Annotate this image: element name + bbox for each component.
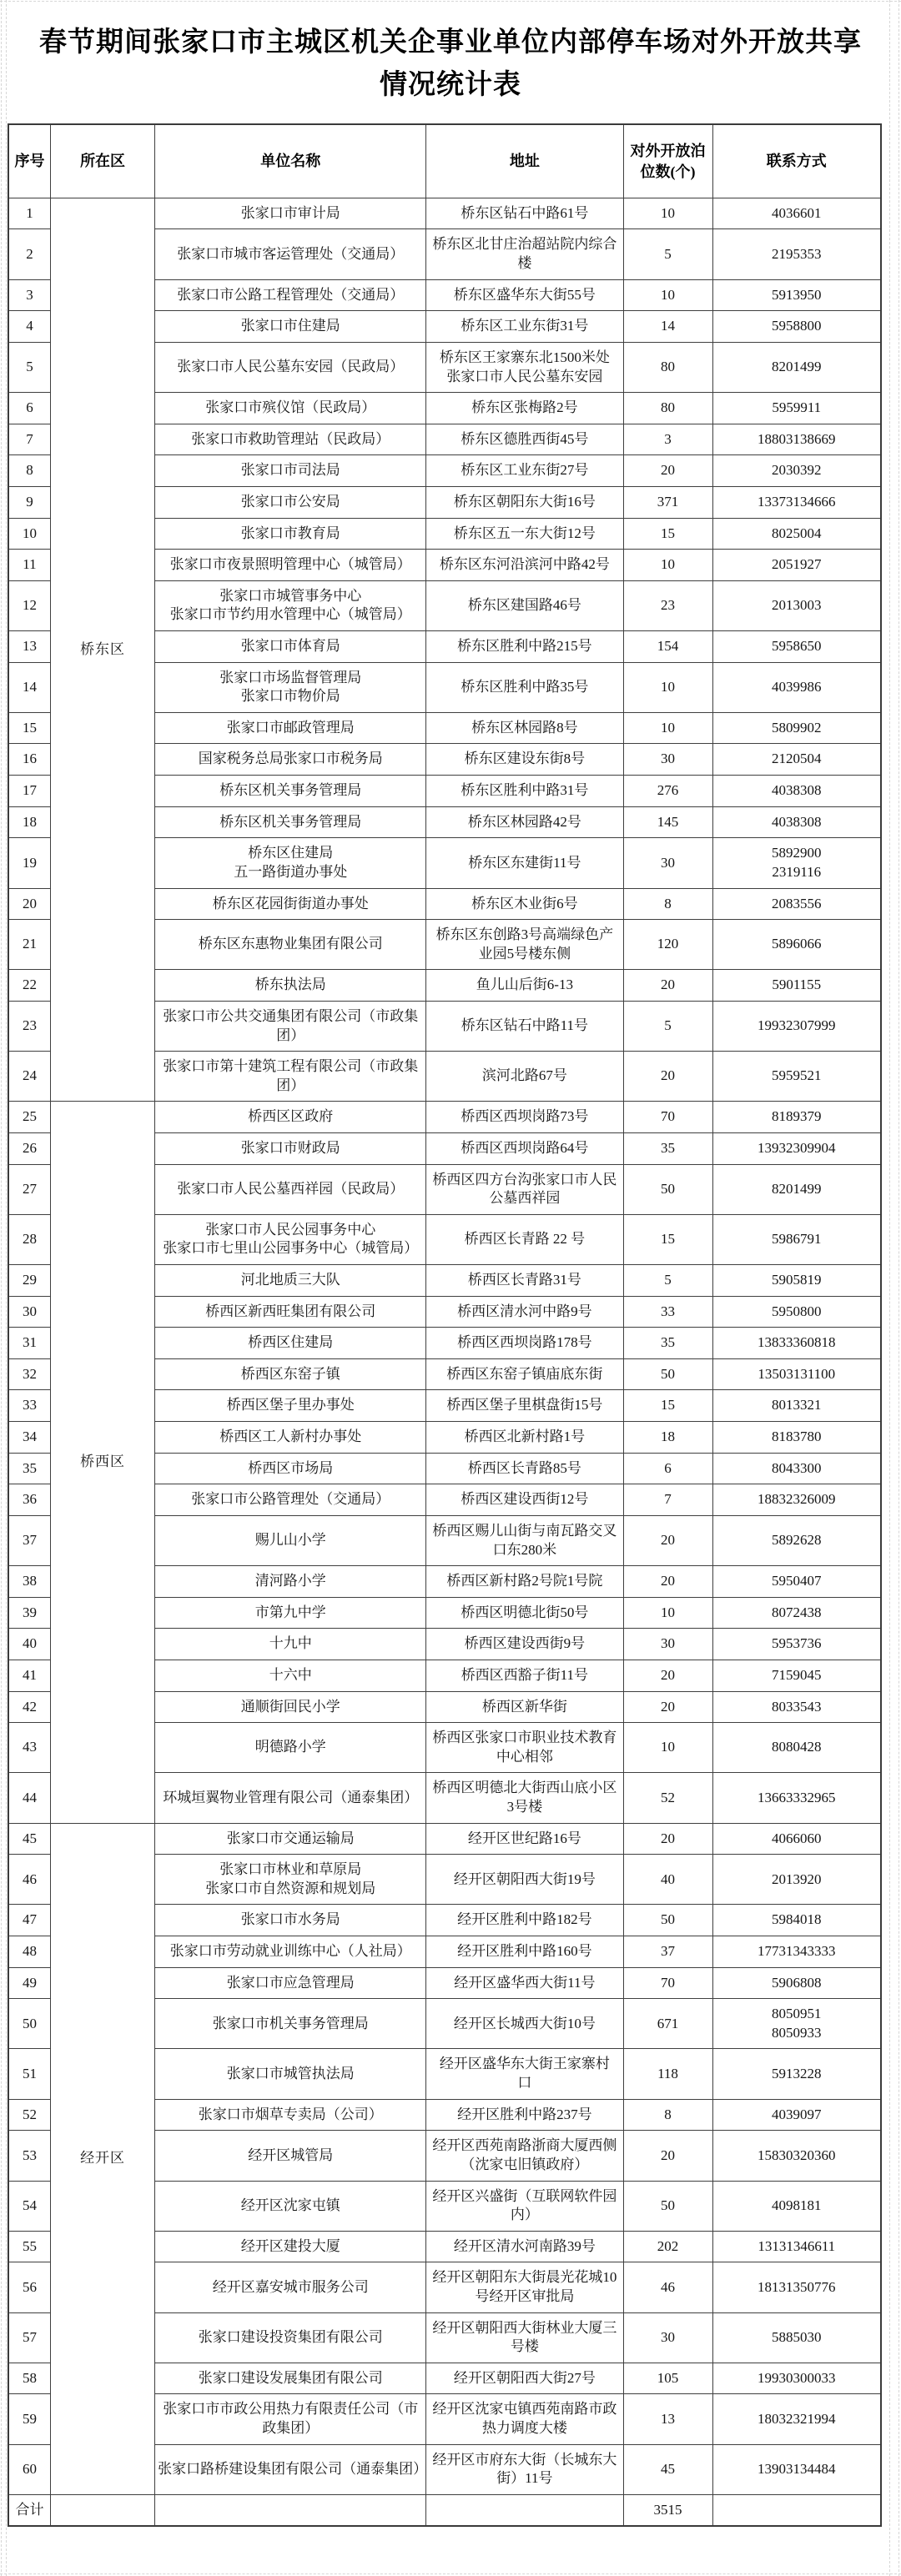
address-cell: 鱼儿山后街6-13 (426, 970, 623, 1002)
open-spots-cell: 50 (623, 2181, 712, 2231)
address-cell: 桥东区木业街6号 (426, 888, 623, 920)
open-spots-cell: 105 (623, 2363, 712, 2394)
address-cell: 桥东区盛华东大街55号 (426, 279, 623, 311)
contact-cell: 4098181 (712, 2181, 881, 2231)
column-header-2: 单位名称 (155, 124, 426, 198)
unit-name-cell: 桥东区机关事务管理局 (155, 776, 426, 807)
row-number-cell: 29 (8, 1265, 50, 1297)
contact-cell: 8080428 (712, 1723, 881, 1773)
address-cell: 经开区朝阳西大街27号 (426, 2363, 623, 2394)
table-row: 45经开区张家口市交通运输局经开区世纪路16号204066060 (8, 1823, 881, 1855)
address-cell: 桥西区长青路85号 (426, 1453, 623, 1484)
row-number-cell: 20 (8, 888, 50, 920)
open-spots-cell: 3 (623, 424, 712, 455)
row-number-cell: 10 (8, 518, 50, 550)
unit-name-cell: 经开区建投大厦 (155, 2231, 426, 2262)
address-cell: 桥东区德胜西街45号 (426, 424, 623, 455)
open-spots-cell: 118 (623, 2049, 712, 2099)
contact-cell: 8201499 (712, 342, 881, 392)
row-number-cell: 60 (8, 2444, 50, 2494)
unit-name-cell: 清河路小学 (155, 1566, 426, 1598)
open-spots-cell: 10 (623, 1597, 712, 1629)
unit-name-cell: 张家口市教育局 (155, 518, 426, 550)
unit-name-cell: 张家口市应急管理局 (155, 1967, 426, 1999)
unit-name-cell: 张家口市公路工程管理处（交通局） (155, 279, 426, 311)
address-cell: 经开区盛华西大街11号 (426, 1967, 623, 1999)
contact-cell: 13503131100 (712, 1358, 881, 1390)
row-number-cell: 51 (8, 2049, 50, 2099)
table-row: 1桥东区张家口市审计局桥东区钻石中路61号104036601 (8, 198, 881, 229)
row-number-cell: 12 (8, 580, 50, 630)
contact-cell: 13131346611 (712, 2231, 881, 2262)
open-spots-cell: 10 (623, 279, 712, 311)
open-spots-cell: 20 (623, 455, 712, 487)
contact-cell: 5885030 (712, 2312, 881, 2363)
row-number-cell: 53 (8, 2131, 50, 2181)
contact-cell: 5959911 (712, 393, 881, 424)
open-spots-cell: 30 (623, 2312, 712, 2363)
row-number-cell: 21 (8, 920, 50, 970)
contact-cell: 8072438 (712, 1597, 881, 1629)
address-cell: 桥东区林园路8号 (426, 712, 623, 744)
contact-cell: 5950800 (712, 1296, 881, 1328)
margin-guide-line (898, 0, 899, 2576)
margin-guide-line (6, 0, 7, 2576)
contact-cell: 4039097 (712, 2099, 881, 2131)
unit-name-cell: 张家口市邮政管理局 (155, 712, 426, 744)
contact-cell: 4066060 (712, 1823, 881, 1855)
contact-cell: 4038308 (712, 806, 881, 838)
row-number-cell: 57 (8, 2312, 50, 2363)
address-cell: 桥东区钻石中路61号 (426, 198, 623, 229)
open-spots-cell: 20 (623, 2131, 712, 2181)
contact-cell: 5959521 (712, 1052, 881, 1102)
row-number-cell: 3 (8, 279, 50, 311)
open-spots-cell: 50 (623, 1358, 712, 1390)
contact-cell: 19932307999 (712, 1001, 881, 1051)
unit-name-cell: 桥西区堡子里办事处 (155, 1390, 426, 1422)
district-cell (50, 2494, 154, 2526)
open-spots-cell: 276 (623, 776, 712, 807)
contact-cell: 5986791 (712, 1214, 881, 1264)
row-number-cell: 24 (8, 1052, 50, 1102)
column-header-3: 地址 (426, 124, 623, 198)
unit-name-cell: 张家口市人民公墓西祥园（民政局） (155, 1164, 426, 1214)
row-number-cell: 23 (8, 1001, 50, 1051)
unit-name-cell: 张家口市劳动就业训练中心（人社局） (155, 1936, 426, 1968)
unit-name-cell: 通顺街回民小学 (155, 1691, 426, 1723)
row-number-cell: 11 (8, 550, 50, 581)
row-number-cell: 1 (8, 198, 50, 229)
address-cell: 桥西区西豁子街11号 (426, 1660, 623, 1691)
open-spots-cell: 145 (623, 806, 712, 838)
contact-cell: 5896066 (712, 920, 881, 970)
row-number-cell: 9 (8, 486, 50, 518)
contact-cell: 2083556 (712, 888, 881, 920)
open-spots-cell: 46 (623, 2262, 712, 2312)
row-number-cell: 47 (8, 1905, 50, 1936)
unit-name-cell: 张家口路桥建设集团有限公司（通泰集团） (155, 2444, 426, 2494)
open-spots-cell: 14 (623, 311, 712, 343)
unit-name-cell: 赐儿山小学 (155, 1515, 426, 1565)
row-number-cell: 34 (8, 1422, 50, 1454)
parking-statistics-table: 序号所在区单位名称地址对外开放泊位数(个)联系方式 1桥东区张家口市审计局桥东区… (8, 123, 882, 2527)
address-cell: 桥西区赐儿山街与南瓦路交叉口东280米 (426, 1515, 623, 1565)
contact-cell: 8025004 (712, 518, 881, 550)
contact-cell (712, 2494, 881, 2526)
row-number-cell: 22 (8, 970, 50, 1002)
address-cell: 桥东区工业东街27号 (426, 455, 623, 487)
address-cell: 桥东区朝阳东大街16号 (426, 486, 623, 518)
address-cell: 桥东区王家寨东北1500米处 张家口市人民公墓东安园 (426, 342, 623, 392)
unit-name-cell: 张家口市体育局 (155, 631, 426, 663)
open-spots-cell: 154 (623, 631, 712, 663)
open-spots-cell: 15 (623, 1214, 712, 1264)
address-cell: 桥西区建设西街12号 (426, 1484, 623, 1516)
open-spots-cell: 80 (623, 342, 712, 392)
row-number-cell: 31 (8, 1328, 50, 1359)
open-spots-cell: 52 (623, 1773, 712, 1823)
row-number-cell: 55 (8, 2231, 50, 2262)
contact-cell: 2051927 (712, 550, 881, 581)
address-cell: 桥西区新村路2号院1号院 (426, 1566, 623, 1598)
row-number-cell: 2 (8, 229, 50, 279)
row-number-cell: 43 (8, 1723, 50, 1773)
unit-name-cell: 十六中 (155, 1660, 426, 1691)
column-header-0: 序号 (8, 124, 50, 198)
row-number-cell: 30 (8, 1296, 50, 1328)
unit-name-cell: 张家口市公安局 (155, 486, 426, 518)
address-cell: 经开区朝阳西大街林业大厦三号楼 (426, 2312, 623, 2363)
contact-cell: 13903134484 (712, 2444, 881, 2494)
unit-name-cell (155, 2494, 426, 2526)
open-spots-cell: 70 (623, 1967, 712, 1999)
contact-cell: 4038308 (712, 776, 881, 807)
table-header-row: 序号所在区单位名称地址对外开放泊位数(个)联系方式 (8, 124, 881, 198)
contact-cell: 2013920 (712, 1855, 881, 1905)
unit-name-cell: 张家口市市政公用热力有限责任公司（市政集团） (155, 2394, 426, 2444)
contact-cell: 5950407 (712, 1566, 881, 1598)
open-spots-cell: 70 (623, 1102, 712, 1133)
open-spots-cell: 20 (623, 1566, 712, 1598)
address-cell: 桥西区新华街 (426, 1691, 623, 1723)
row-number-cell: 44 (8, 1773, 50, 1823)
table-row: 25桥西区桥西区区政府桥西区西坝岗路73号708189379 (8, 1102, 881, 1133)
contact-cell: 8043300 (712, 1453, 881, 1484)
unit-name-cell: 张家口市人民公园事务中心 张家口市七里山公园事务中心（城管局） (155, 1214, 426, 1264)
unit-name-cell: 张家口市审计局 (155, 198, 426, 229)
unit-name-cell: 桥东区花园街街道办事处 (155, 888, 426, 920)
column-header-4: 对外开放泊位数(个) (623, 124, 712, 198)
address-cell: 桥东区张梅路2号 (426, 393, 623, 424)
open-spots-cell: 7 (623, 1484, 712, 1516)
unit-name-cell: 张家口市司法局 (155, 455, 426, 487)
open-spots-cell: 30 (623, 744, 712, 776)
open-spots-cell: 13 (623, 2394, 712, 2444)
row-number-cell: 52 (8, 2099, 50, 2131)
unit-name-cell: 张家口市城管执法局 (155, 2049, 426, 2099)
column-header-1: 所在区 (50, 124, 154, 198)
open-spots-cell: 20 (623, 1052, 712, 1102)
open-spots-cell: 20 (623, 1823, 712, 1855)
address-cell: 桥东区北甘庄治超站院内综合楼 (426, 229, 623, 279)
open-spots-cell: 40 (623, 1855, 712, 1905)
unit-name-cell: 桥东区东惠物业集团有限公司 (155, 920, 426, 970)
address-cell: 桥西区堡子里棋盘街15号 (426, 1390, 623, 1422)
contact-cell: 8013321 (712, 1390, 881, 1422)
address-cell: 桥东区建国路46号 (426, 580, 623, 630)
address-cell: 经开区世纪路16号 (426, 1823, 623, 1855)
unit-name-cell: 张家口市公共交通集团有限公司（市政集团） (155, 1001, 426, 1051)
open-spots-cell: 80 (623, 393, 712, 424)
open-spots-cell: 50 (623, 1905, 712, 1936)
unit-name-cell: 张家口市公路管理处（交通局） (155, 1484, 426, 1516)
open-spots-cell: 10 (623, 550, 712, 581)
contact-cell: 19930300033 (712, 2363, 881, 2394)
contact-cell: 18832326009 (712, 1484, 881, 1516)
address-cell: 桥东区林园路42号 (426, 806, 623, 838)
unit-name-cell: 张家口市机关事务管理局 (155, 1999, 426, 2049)
contact-cell: 8033543 (712, 1691, 881, 1723)
contact-cell: 18131350776 (712, 2262, 881, 2312)
open-spots-cell: 33 (623, 1296, 712, 1328)
row-number-cell: 54 (8, 2181, 50, 2231)
column-header-5: 联系方式 (712, 124, 881, 198)
open-spots-cell: 8 (623, 888, 712, 920)
address-cell: 经开区胜利中路160号 (426, 1936, 623, 1968)
contact-cell: 5913950 (712, 279, 881, 311)
contact-cell: 5892628 (712, 1515, 881, 1565)
unit-name-cell: 张家口市财政局 (155, 1132, 426, 1164)
row-number-cell: 50 (8, 1999, 50, 2049)
unit-name-cell: 桥西区新西旺集团有限公司 (155, 1296, 426, 1328)
row-number-cell: 40 (8, 1629, 50, 1660)
row-number-cell: 8 (8, 455, 50, 487)
open-spots-cell: 5 (623, 229, 712, 279)
open-spots-cell: 671 (623, 1999, 712, 2049)
address-cell: 滨河北路67号 (426, 1052, 623, 1102)
unit-name-cell: 桥西区住建局 (155, 1328, 426, 1359)
row-number-cell: 35 (8, 1453, 50, 1484)
total-label-cell: 合计 (8, 2494, 50, 2526)
address-cell: 经开区市府东大街（长城东大街）11号 (426, 2444, 623, 2494)
row-number-cell: 7 (8, 424, 50, 455)
unit-name-cell: 经开区嘉安城市服务公司 (155, 2262, 426, 2312)
address-cell: 桥西区清水河中路9号 (426, 1296, 623, 1328)
address-cell: 经开区胜利中路237号 (426, 2099, 623, 2131)
address-cell: 经开区清水河南路39号 (426, 2231, 623, 2262)
row-number-cell: 18 (8, 806, 50, 838)
open-spots-cell: 30 (623, 838, 712, 888)
unit-name-cell: 张家口市第十建筑工程有限公司（市政集团） (155, 1052, 426, 1102)
unit-name-cell: 张家口市林业和草原局 张家口市自然资源和规划局 (155, 1855, 426, 1905)
address-cell: 桥东区钻石中路11号 (426, 1001, 623, 1051)
open-spots-cell: 371 (623, 486, 712, 518)
unit-name-cell: 市第九中学 (155, 1597, 426, 1629)
contact-cell: 5953736 (712, 1629, 881, 1660)
row-number-cell: 56 (8, 2262, 50, 2312)
address-cell: 桥东区胜利中路35号 (426, 662, 623, 712)
address-cell: 桥西区明德北街50号 (426, 1597, 623, 1629)
open-spots-cell: 37 (623, 1936, 712, 1968)
contact-cell: 5905819 (712, 1265, 881, 1297)
address-cell: 经开区兴盛街（互联网软件园内） (426, 2181, 623, 2231)
unit-name-cell: 河北地质三大队 (155, 1265, 426, 1297)
unit-name-cell: 经开区城管局 (155, 2131, 426, 2181)
unit-name-cell: 张家口建设投资集团有限公司 (155, 2312, 426, 2363)
row-number-cell: 41 (8, 1660, 50, 1691)
header-row: 序号所在区单位名称地址对外开放泊位数(个)联系方式 (8, 124, 881, 198)
unit-name-cell: 张家口市住建局 (155, 311, 426, 343)
row-number-cell: 19 (8, 838, 50, 888)
row-number-cell: 32 (8, 1358, 50, 1390)
unit-name-cell: 张家口市烟草专卖局（公司） (155, 2099, 426, 2131)
contact-cell: 7159045 (712, 1660, 881, 1691)
district-cell: 桥东区 (50, 198, 154, 1102)
unit-name-cell: 经开区沈家屯镇 (155, 2181, 426, 2231)
address-cell: 桥东区建设东街8号 (426, 744, 623, 776)
contact-cell: 8201499 (712, 1164, 881, 1214)
row-number-cell: 16 (8, 744, 50, 776)
contact-cell: 17731343333 (712, 1936, 881, 1968)
contact-cell: 5906808 (712, 1967, 881, 1999)
row-number-cell: 58 (8, 2363, 50, 2394)
unit-name-cell: 桥东执法局 (155, 970, 426, 1002)
open-spots-cell: 20 (623, 1660, 712, 1691)
contact-cell: 8189379 (712, 1102, 881, 1133)
address-cell: 桥西区建设西街9号 (426, 1629, 623, 1660)
address-cell: 桥东区东创路3号高端绿色产业园5号楼东侧 (426, 920, 623, 970)
address-cell: 桥东区东建街11号 (426, 838, 623, 888)
open-spots-cell: 35 (623, 1132, 712, 1164)
open-spots-cell: 45 (623, 2444, 712, 2494)
open-spots-cell: 15 (623, 1390, 712, 1422)
address-cell: 桥西区明德北大街西山底小区3号楼 (426, 1773, 623, 1823)
open-spots-cell: 15 (623, 518, 712, 550)
contact-cell: 2120504 (712, 744, 881, 776)
margin-guide-line (0, 1, 901, 2)
row-number-cell: 36 (8, 1484, 50, 1516)
address-cell: 桥西区东窑子镇庙底东街 (426, 1358, 623, 1390)
open-spots-cell: 18 (623, 1422, 712, 1454)
open-spots-cell: 202 (623, 2231, 712, 2262)
row-number-cell: 48 (8, 1936, 50, 1968)
address-cell: 桥西区西坝岗路73号 (426, 1102, 623, 1133)
open-spots-cell: 10 (623, 662, 712, 712)
open-spots-cell: 10 (623, 1723, 712, 1773)
address-cell: 桥西区西坝岗路178号 (426, 1328, 623, 1359)
table-body: 1桥东区张家口市审计局桥东区钻石中路61号1040366012张家口市城市客运管… (8, 198, 881, 2526)
open-spots-cell: 50 (623, 1164, 712, 1214)
row-number-cell: 13 (8, 631, 50, 663)
district-cell: 经开区 (50, 1823, 154, 2494)
open-spots-cell: 120 (623, 920, 712, 970)
contact-cell: 4039986 (712, 662, 881, 712)
row-number-cell: 39 (8, 1597, 50, 1629)
contact-cell: 2030392 (712, 455, 881, 487)
unit-name-cell: 张家口市夜景照明管理中心（城管局） (155, 550, 426, 581)
contact-cell: 8183780 (712, 1422, 881, 1454)
row-number-cell: 33 (8, 1390, 50, 1422)
address-cell: 经开区西苑南路浙商大厦西侧（沈家屯旧镇政府） (426, 2131, 623, 2181)
unit-name-cell: 桥西区市场局 (155, 1453, 426, 1484)
address-cell (426, 2494, 623, 2526)
open-spots-cell: 10 (623, 712, 712, 744)
address-cell: 桥东区工业东街31号 (426, 311, 623, 343)
address-cell: 经开区朝阳西大街19号 (426, 1855, 623, 1905)
open-spots-cell: 5 (623, 1001, 712, 1051)
row-number-cell: 59 (8, 2394, 50, 2444)
contact-cell: 5984018 (712, 1905, 881, 1936)
unit-name-cell: 张家口市城市客运管理处（交通局） (155, 229, 426, 279)
unit-name-cell: 张家口市救助管理站（民政局） (155, 424, 426, 455)
open-spots-cell: 5 (623, 1265, 712, 1297)
unit-name-cell: 张家口市人民公墓东安园（民政局） (155, 342, 426, 392)
unit-name-cell: 桥东区住建局 五一路街道办事处 (155, 838, 426, 888)
margin-guide-line (1, 0, 2, 2576)
address-cell: 经开区盛华东大街王家寨村 口 (426, 2049, 623, 2099)
address-cell: 桥东区东河沿滨河中路42号 (426, 550, 623, 581)
page-title: 春节期间张家口市主城区机关企事业单位内部停车场对外开放共享情况统计表 (28, 22, 874, 107)
unit-name-cell: 张家口建设发展集团有限公司 (155, 2363, 426, 2394)
contact-cell: 5892900 2319116 (712, 838, 881, 888)
contact-cell: 18803138669 (712, 424, 881, 455)
row-number-cell: 28 (8, 1214, 50, 1264)
address-cell: 经开区长城西大街10号 (426, 1999, 623, 2049)
row-number-cell: 26 (8, 1132, 50, 1164)
contact-cell: 4036601 (712, 198, 881, 229)
open-spots-cell: 35 (623, 1328, 712, 1359)
address-cell: 经开区沈家屯镇西苑南路市政热力调度大楼 (426, 2394, 623, 2444)
address-cell: 桥西区北新村路1号 (426, 1422, 623, 1454)
address-cell: 桥西区长青路 22 号 (426, 1214, 623, 1264)
contact-cell: 15830320360 (712, 2131, 881, 2181)
contact-cell: 2195353 (712, 229, 881, 279)
unit-name-cell: 张家口市交通运输局 (155, 1823, 426, 1855)
open-spots-cell: 20 (623, 1515, 712, 1565)
row-number-cell: 17 (8, 776, 50, 807)
row-number-cell: 25 (8, 1102, 50, 1133)
row-number-cell: 37 (8, 1515, 50, 1565)
row-number-cell: 46 (8, 1855, 50, 1905)
unit-name-cell: 张家口市殡仪馆（民政局） (155, 393, 426, 424)
row-number-cell: 27 (8, 1164, 50, 1214)
total-row: 合计3515 (8, 2494, 881, 2526)
unit-name-cell: 明德路小学 (155, 1723, 426, 1773)
contact-cell: 8050951 8050933 (712, 1999, 881, 2049)
margin-guide-line (889, 0, 890, 2576)
open-spots-cell: 30 (623, 1629, 712, 1660)
open-spots-cell: 20 (623, 970, 712, 1002)
total-spots-cell: 3515 (623, 2494, 712, 2526)
row-number-cell: 49 (8, 1967, 50, 1999)
address-cell: 桥东区胜利中路31号 (426, 776, 623, 807)
row-number-cell: 38 (8, 1566, 50, 1598)
row-number-cell: 14 (8, 662, 50, 712)
unit-name-cell: 桥西区东窑子镇 (155, 1358, 426, 1390)
row-number-cell: 6 (8, 393, 50, 424)
open-spots-cell: 20 (623, 1691, 712, 1723)
address-cell: 桥西区长青路31号 (426, 1265, 623, 1297)
contact-cell: 18032321994 (712, 2394, 881, 2444)
contact-cell: 13373134666 (712, 486, 881, 518)
address-cell: 桥西区西坝岗路64号 (426, 1132, 623, 1164)
unit-name-cell: 桥东区机关事务管理局 (155, 806, 426, 838)
row-number-cell: 45 (8, 1823, 50, 1855)
row-number-cell: 42 (8, 1691, 50, 1723)
open-spots-cell: 10 (623, 198, 712, 229)
address-cell: 桥东区五一东大街12号 (426, 518, 623, 550)
